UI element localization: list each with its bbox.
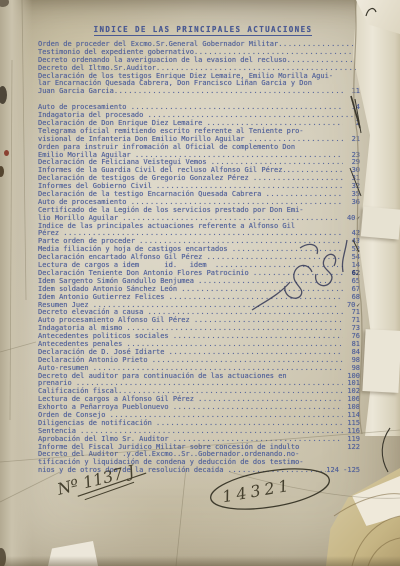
index-line: Diligencias de notificación ............… bbox=[38, 420, 360, 428]
leader-dots: ........................................… bbox=[173, 404, 343, 412]
index-entries: Orden de proceder del Excmo.Sr.General G… bbox=[38, 41, 360, 475]
page-number: 122 bbox=[343, 444, 360, 452]
leader-dots: ........................................… bbox=[228, 467, 327, 475]
pen-check-mark: ✓ bbox=[356, 215, 360, 223]
leader-dots: ........................................… bbox=[169, 294, 343, 302]
paper-scrap bbox=[362, 329, 400, 393]
scanned-index-page: INDICE DE LAS PRINCIPALES ACTUACIONES Or… bbox=[0, 0, 400, 566]
page-number: 124 -125 bbox=[326, 467, 360, 475]
entry-text: Juan Garcia Garcia bbox=[38, 88, 114, 96]
leader-dots: ........................................… bbox=[131, 104, 343, 112]
leader-dots: ........................................… bbox=[291, 167, 343, 175]
paper-scrap bbox=[361, 206, 400, 239]
index-line: nios y de otros dos de la resolución dec… bbox=[38, 467, 360, 475]
leader-dots: ........................................… bbox=[266, 191, 343, 199]
page-number: 21 bbox=[343, 136, 360, 144]
entry-text: nios y de otros dos de la resolución dec… bbox=[38, 467, 228, 475]
tear-hole bbox=[4, 150, 9, 156]
entry-text: Indice de las principales actuaciones re… bbox=[38, 223, 295, 231]
page-number: 11 bbox=[343, 88, 360, 96]
leader-dots: ........................................… bbox=[278, 41, 360, 49]
leader-dots: ........................................… bbox=[198, 278, 343, 286]
leader-dots: ........................................… bbox=[156, 420, 343, 428]
page-title: INDICE DE LAS PRINCIPALES ACTUACIONES bbox=[94, 25, 313, 36]
page-number: 36 bbox=[343, 199, 360, 207]
typed-index: INDICE DE LAS PRINCIPALES ACTUACIONES Or… bbox=[38, 17, 360, 475]
leader-dots: ........................................… bbox=[287, 57, 360, 65]
leader-dots: ........................................… bbox=[253, 270, 343, 278]
torn-left-edge bbox=[0, 0, 34, 566]
page-number: 40 bbox=[338, 215, 355, 223]
leader-dots: ........................................… bbox=[169, 349, 343, 357]
leader-dots: ........................................… bbox=[114, 88, 343, 96]
index-line: Indice de las principales actuaciones re… bbox=[38, 223, 360, 231]
index-line: Juan Garcia Garcia......................… bbox=[38, 88, 360, 96]
leader-dots: ........................................… bbox=[253, 175, 343, 183]
leader-dots: ........................................… bbox=[194, 317, 343, 325]
page-number: 2 bbox=[343, 120, 360, 128]
page-bottom-shadow bbox=[0, 556, 400, 566]
leader-dots: ........................................… bbox=[173, 333, 343, 341]
leader-dots: ........................................… bbox=[198, 396, 343, 404]
page-number: 14 bbox=[343, 104, 360, 112]
index-line: Decreto del auditor para continuación de… bbox=[38, 373, 360, 381]
leader-dots: ........................................… bbox=[152, 357, 343, 365]
leader-dots: ........................................… bbox=[181, 286, 343, 294]
leader-dots: ........................................… bbox=[207, 254, 343, 262]
leader-dots: ........................................… bbox=[232, 246, 343, 254]
